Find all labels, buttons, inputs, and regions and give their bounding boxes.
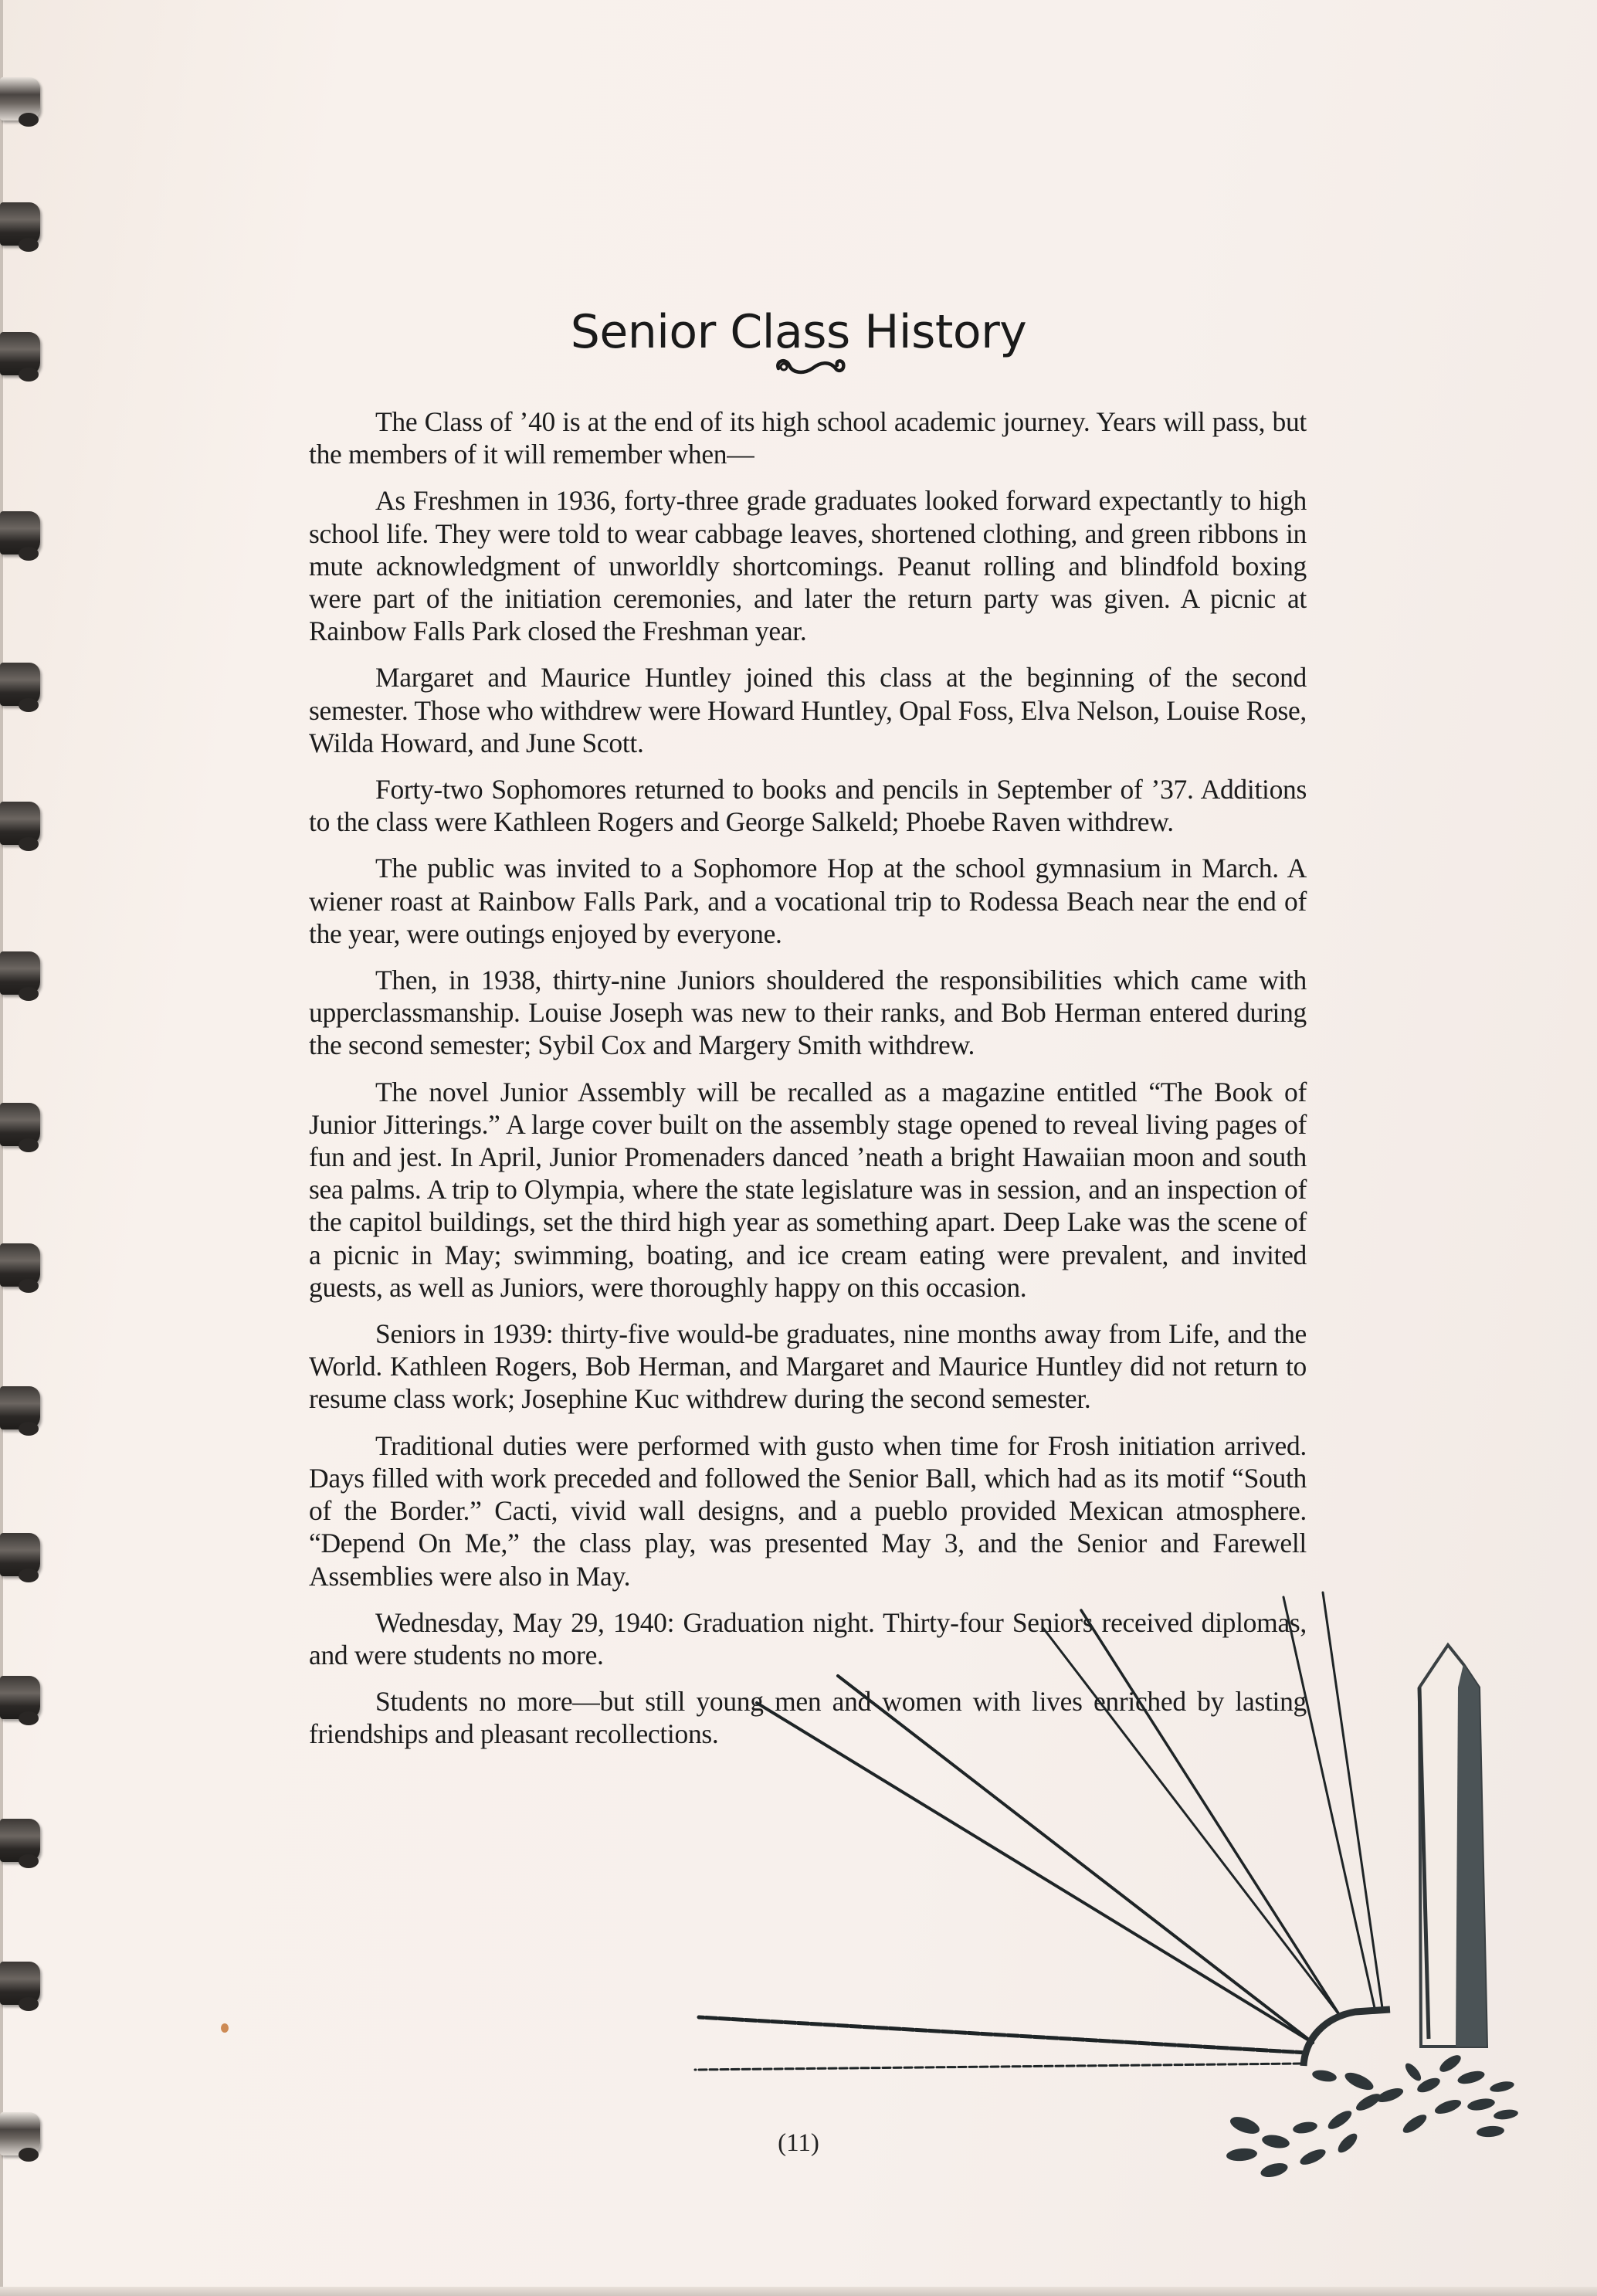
spiral-binding-coil: [0, 511, 40, 554]
class-history-body: The Class of ’40 is at the end of its hi…: [309, 405, 1307, 1765]
paragraph-junior-events: The novel Junior Assembly will be recall…: [309, 1076, 1307, 1304]
spiral-binding-coil: [0, 1103, 40, 1146]
laurel-leaves-icon: [1226, 2052, 1518, 2179]
paragraph-freshmen: As Freshmen in 1936, forty-three grade g…: [309, 484, 1307, 647]
spiral-binding-coil: [0, 202, 40, 246]
paragraph-sophomore-events: The public was invited to a Sophomore Ho…: [309, 852, 1307, 950]
spiral-binding-coil: [0, 1533, 40, 1576]
book-page: Senior Class History The Class of ’40 is…: [0, 0, 1597, 2296]
spiral-binding-coil: [0, 77, 40, 120]
page-bottom-edge: [0, 2287, 1597, 2296]
obelisk-icon: [1419, 1645, 1487, 2047]
spiral-binding-coil: [0, 663, 40, 706]
paragraph-freshmen-changes: Margaret and Maurice Huntley joined this…: [309, 661, 1307, 759]
paragraph-intro: The Class of ’40 is at the end of its hi…: [309, 405, 1307, 470]
spiral-binding-coil: [0, 1819, 40, 1862]
paragraph-sophomores: Forty-two Sophomores returned to books a…: [309, 773, 1307, 838]
page-number: (11): [0, 2129, 1597, 2158]
rising-sun-icon: [1304, 2009, 1390, 2066]
spiral-binding-coil: [0, 802, 40, 845]
spiral-binding-coil: [0, 1386, 40, 1429]
swash-ornament-icon: [772, 351, 849, 382]
spiral-binding-coil: [0, 951, 40, 995]
spiral-binding-coil: [0, 1243, 40, 1287]
spiral-binding-coil: [0, 1676, 40, 1719]
paragraph-graduation: Wednesday, May 29, 1940: Graduation nigh…: [309, 1606, 1307, 1671]
spiral-binding-coil: [0, 1962, 40, 2005]
paragraph-juniors: Then, in 1938, thirty-nine Juniors shoul…: [309, 964, 1307, 1062]
paragraph-closing: Students no more—but still young men and…: [309, 1685, 1307, 1750]
paper-stain: [221, 2023, 229, 2033]
paragraph-seniors: Seniors in 1939: thirty-five would-be gr…: [309, 1318, 1307, 1416]
paragraph-senior-events: Traditional duties were performed with g…: [309, 1429, 1307, 1592]
